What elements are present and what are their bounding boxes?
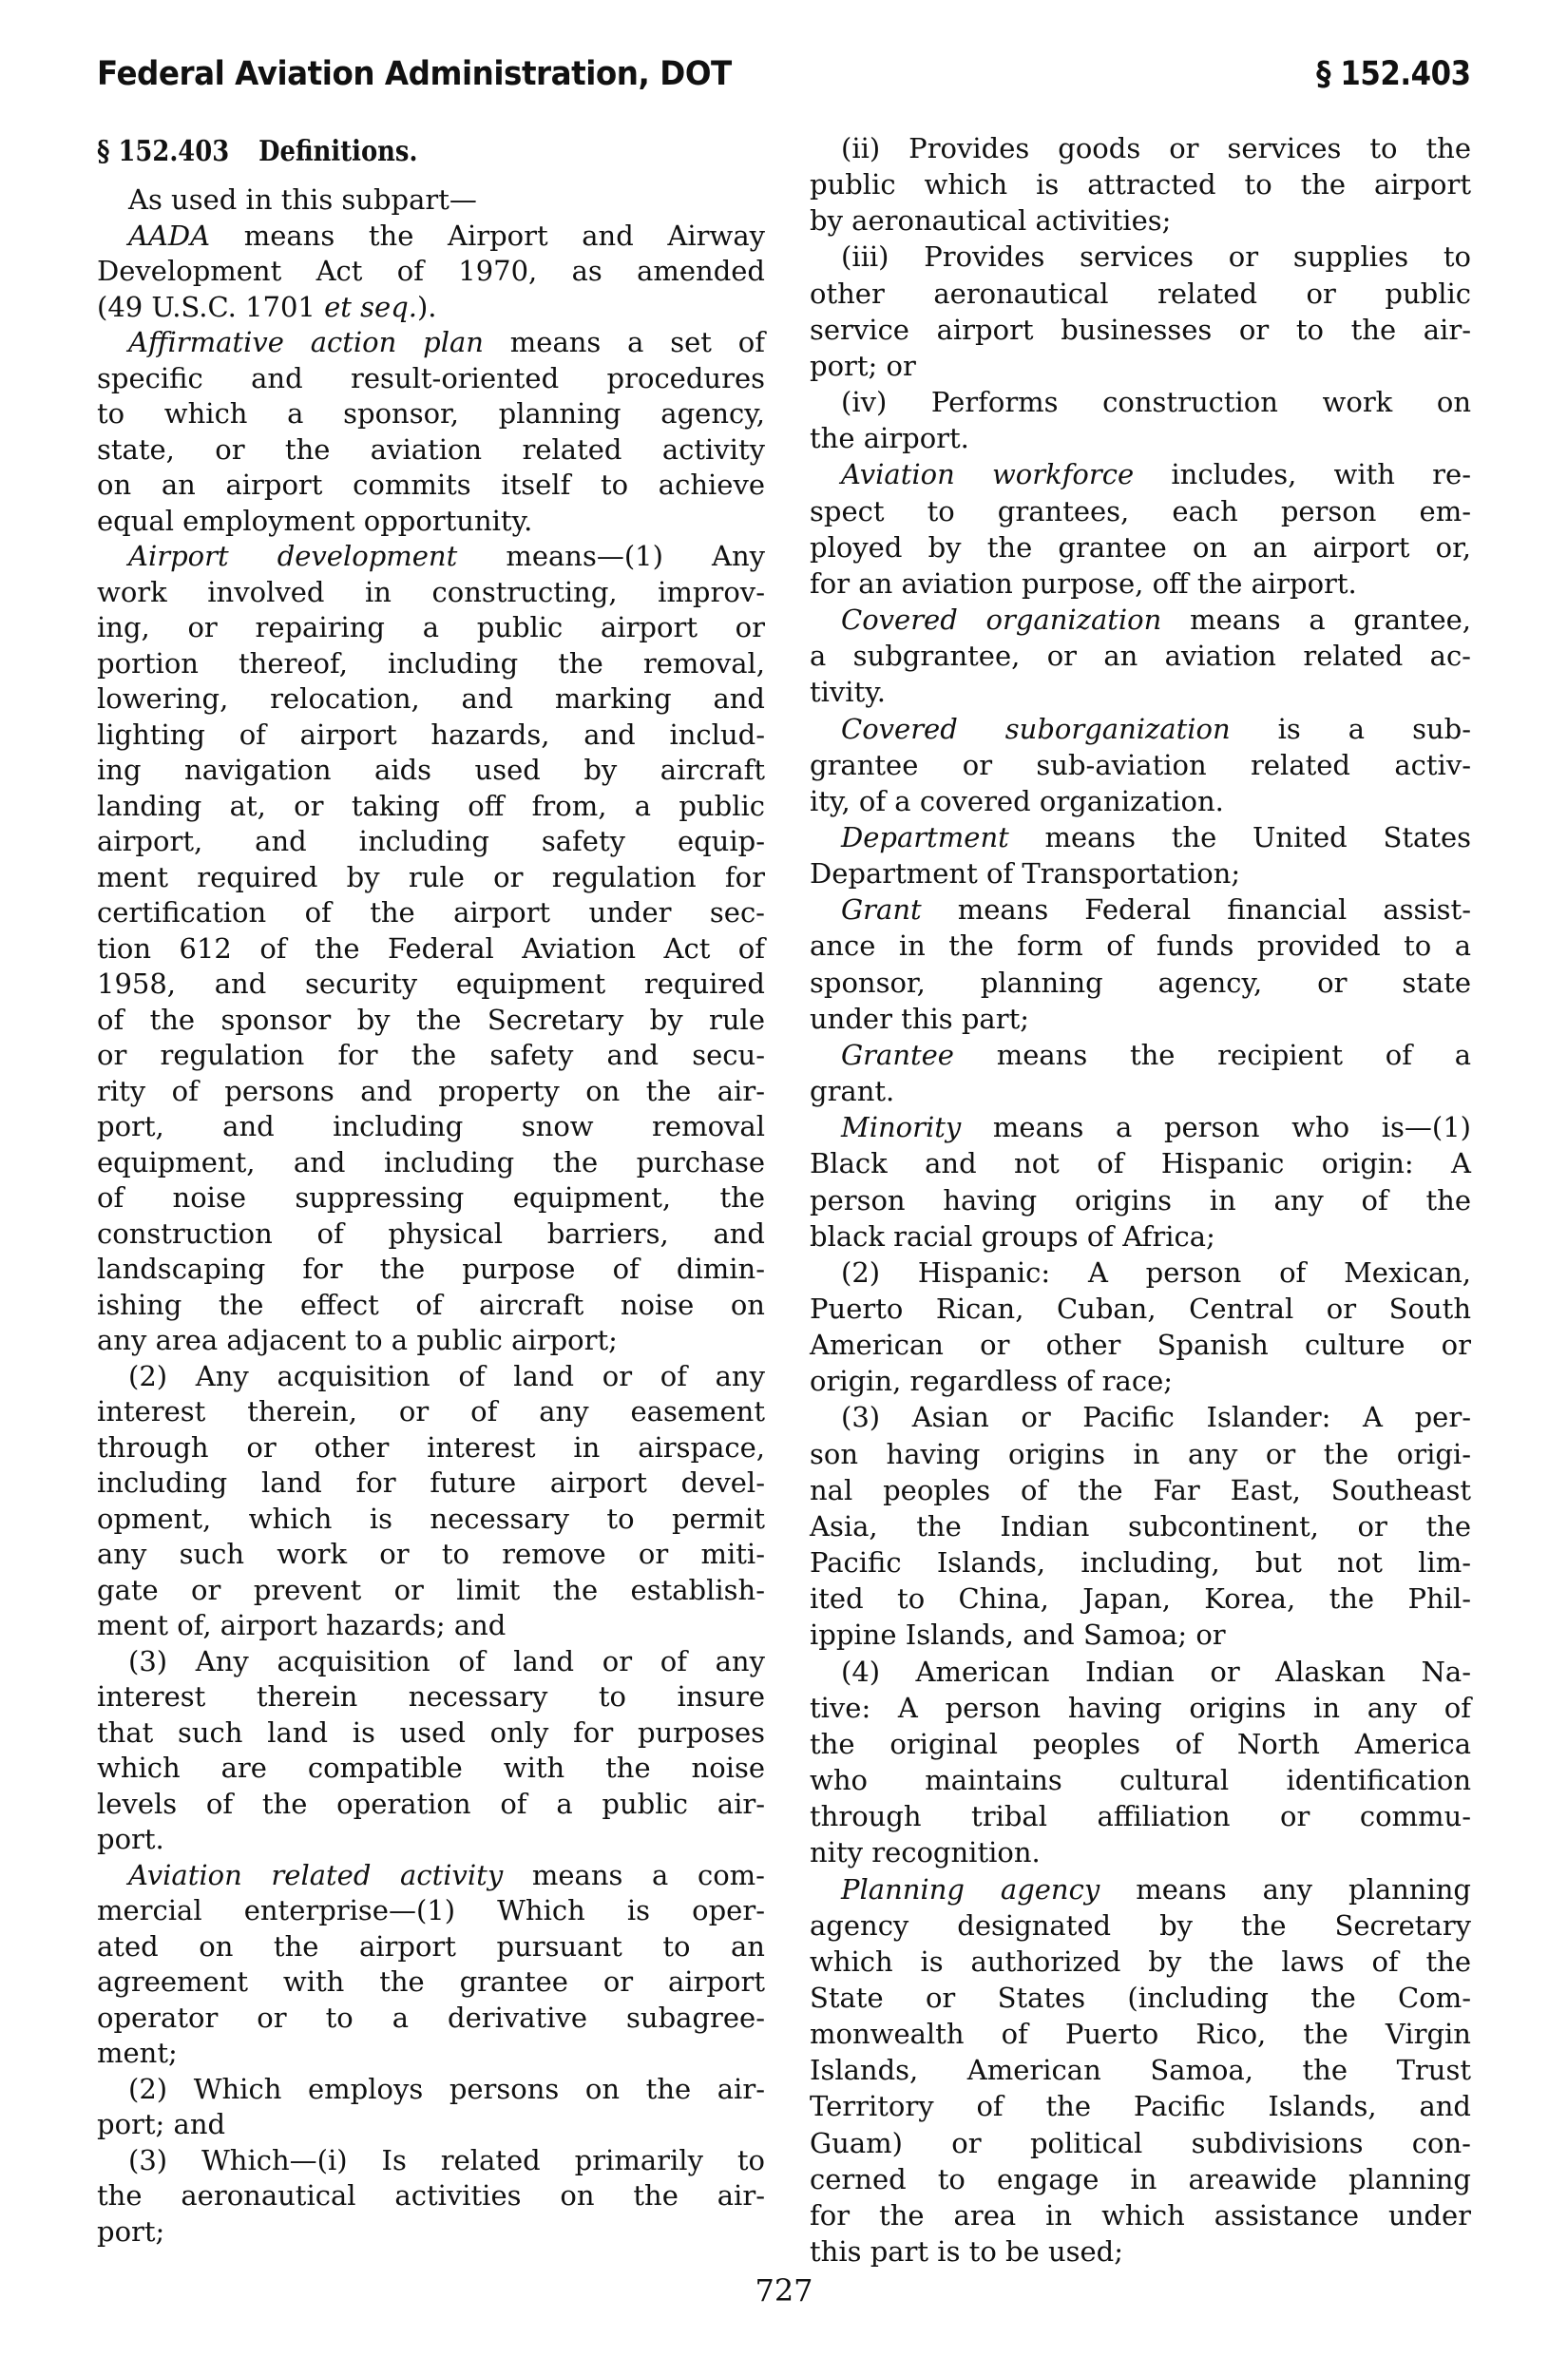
text-run: equal employment opportunity. [97, 505, 532, 537]
text-run: interest therein, or of any easement [97, 1395, 765, 1428]
text-line: levels of the operation of a public air- [97, 1787, 765, 1823]
text-line: the aeronautical activities on the air- [97, 2178, 765, 2214]
text-line: ment required by rule or regulation for [97, 860, 765, 896]
text-line: Covered suborganization is a sub- [810, 711, 1471, 747]
text-run: spect to grantees, each person em- [810, 495, 1471, 527]
text-line: Development Act of 1970, as amended [97, 254, 765, 290]
text-run: or regulation for the safety and secu- [97, 1039, 765, 1071]
text-line-content: Planning agency means any planning [841, 1871, 1471, 1907]
text-line-content: tion 612 of the Federal Aviation Act of [97, 931, 765, 968]
text-run: opment, which is necessary to permit [97, 1503, 765, 1535]
text-line-content: landscaping for the purpose of dimin- [97, 1252, 765, 1288]
text-run: mercial enterprise—(1) Which is oper- [97, 1894, 765, 1926]
text-run: nity recognition. [810, 1836, 1041, 1868]
text-line: mercial enterprise—(1) Which is oper- [97, 1893, 765, 1929]
text-line: landscaping for the purpose of dimin- [97, 1252, 765, 1288]
text-line-content: lowering, relocation, and marking and [97, 681, 765, 718]
text-line-content: nity recognition. [810, 1834, 1471, 1870]
text-run: person having origins in any of the [810, 1184, 1471, 1217]
text-line-content: Affirmative action plan means a set of [128, 325, 765, 361]
text-line-content: the original peoples of North America [810, 1726, 1471, 1762]
text-line-content: by aeronautical activities; [810, 202, 1471, 239]
text-run: Development Act of 1970, as amended [97, 255, 765, 287]
text-line-content: (iv) Performs construction work on [841, 384, 1471, 420]
text-line-content: rity of persons and property on the air- [97, 1074, 765, 1110]
text-line: the airport. [810, 420, 1471, 456]
text-line-content: (49 U.S.C. 1701 et seq.). [97, 290, 765, 326]
text-line-content: (2) Hispanic: A person of Mexican, [841, 1255, 1471, 1291]
text-line: ing navigation aids used by aircraft [97, 753, 765, 789]
text-run: (3) Which—(i) Is related primarily to [128, 2144, 765, 2176]
text-line-content: public which is attracted to the airport [810, 166, 1471, 202]
text-line: for the area in which assistance under [810, 2197, 1471, 2233]
text-line-content: ippine Islands, and Samoa; or [810, 1617, 1471, 1653]
text-line-content: AADA means the Airport and Airway [128, 219, 765, 255]
text-line-content: airport, and including safety equip- [97, 824, 765, 860]
text-line: that such land is used only for purposes [97, 1715, 765, 1752]
text-line: of the sponsor by the Secretary by rule [97, 1003, 765, 1039]
text-line-content: (2) Any acquisition of land or of any [128, 1359, 765, 1395]
text-line-content: ment of, airport hazards; and [97, 1608, 765, 1644]
text-line-content: which is authorized by the laws of the [810, 1944, 1471, 1980]
text-run: monwealth of Puerto Rico, the Virgin [810, 2018, 1471, 2050]
text-run: port; or [810, 350, 916, 382]
text-line: agreement with the grantee or airport [97, 1964, 765, 2001]
text-line-content: (3) Any acquisition of land or of any [128, 1644, 765, 1680]
text-line-content: grant. [810, 1073, 1471, 1109]
text-run: Asia, the Indian subcontinent, or the [810, 1510, 1471, 1542]
text-run: Guam) or political subdivisions con- [810, 2127, 1471, 2159]
text-line: for an aviation purpose, off the airport… [810, 565, 1471, 602]
text-line: origin, regardless of race; [810, 1363, 1471, 1399]
text-line: airport, and including safety equip- [97, 824, 765, 860]
text-run: is a sub- [1231, 713, 1471, 745]
text-line-content: (4) American Indian or Alaskan Na- [841, 1654, 1471, 1690]
text-run: ing navigation aids used by aircraft [97, 754, 765, 786]
text-line: Department of Transportation; [810, 855, 1471, 891]
text-run: which is authorized by the laws of the [810, 1945, 1471, 1978]
text-run: (2) Which employs persons on the air- [128, 2073, 765, 2105]
running-head-section: § 152.403 [1317, 53, 1471, 95]
text-line: (3) Any acquisition of land or of any [97, 1644, 765, 1680]
text-line: Guam) or political subdivisions con- [810, 2125, 1471, 2161]
text-run: ited to China, Japan, Korea, the Phil- [810, 1582, 1471, 1615]
text-line: port; or [810, 348, 1471, 384]
section-heading: § 152.403Definitions. [97, 133, 417, 171]
text-run: ance in the form of funds provided to a [810, 929, 1471, 962]
text-line: nity recognition. [810, 1834, 1471, 1870]
text-line-content: through tribal affiliation or commu- [810, 1798, 1471, 1834]
text-run: under this part; [810, 1003, 1029, 1035]
text-line-content: certification of the airport under sec- [97, 895, 765, 931]
text-line: service airport businesses or to the air… [810, 312, 1471, 348]
text-run: any area adjacent to a public airport; [97, 1324, 618, 1356]
text-line-content: Pacific Islands, including, but not lim- [810, 1544, 1471, 1581]
text-run: means—(1) Any [457, 540, 765, 572]
text-line-content: ated on the airport pursuant to an [97, 1929, 765, 1965]
text-line: Minority means a person who is—(1) [810, 1109, 1471, 1145]
text-run: (2) Hispanic: A person of Mexican, [841, 1256, 1471, 1289]
text-run: rity of persons and property on the air- [97, 1075, 765, 1107]
text-line-content: (2) Which employs persons on the air- [128, 2072, 765, 2108]
text-line: ment of, airport hazards; and [97, 1608, 765, 1644]
text-line-content: ishing the effect of aircraft noise on [97, 1288, 765, 1324]
text-line: ployed by the grantee on an airport or, [810, 529, 1471, 565]
text-line: public which is attracted to the airport [810, 166, 1471, 202]
text-run: As used in this subpart— [128, 183, 477, 216]
defined-term: Department [841, 821, 1009, 853]
text-line-content: including land for future airport devel- [97, 1466, 765, 1502]
text-line: which is authorized by the laws of the [810, 1944, 1471, 1980]
text-line: person having origins in any of the [810, 1182, 1471, 1218]
text-line-content: Puerto Rican, Cuban, Central or South [810, 1291, 1471, 1327]
text-line: any area adjacent to a public airport; [97, 1323, 765, 1359]
text-line: ited to China, Japan, Korea, the Phil- [810, 1581, 1471, 1617]
text-run: black racial groups of Africa; [810, 1220, 1215, 1253]
text-run: portion thereof, including the removal, [97, 647, 765, 680]
page-number: 727 [0, 2271, 1568, 2309]
text-line: including land for future airport devel- [97, 1466, 765, 1502]
text-line: a subgrantee, or an aviation related ac- [810, 638, 1471, 674]
text-line: Grant means Federal financial assist- [810, 891, 1471, 928]
text-run: lighting of airport hazards, and includ- [97, 719, 765, 751]
text-run: (ii) Provides goods or services to the [841, 132, 1471, 164]
text-line: port, and including snow removal [97, 1109, 765, 1145]
text-line: gate or prevent or limit the establish- [97, 1573, 765, 1609]
defined-term: Covered suborganization [841, 713, 1231, 745]
text-run: (3) Asian or Pacific Islander: A per- [841, 1401, 1471, 1433]
text-line-content: ment; [97, 2036, 765, 2072]
text-line: certification of the airport under sec- [97, 895, 765, 931]
text-run: nal peoples of the Far East, Southeast [810, 1474, 1471, 1506]
text-line: American or other Spanish culture or [810, 1327, 1471, 1363]
text-line-content: construction of physical barriers, and [97, 1217, 765, 1253]
text-line: through tribal affiliation or commu- [810, 1798, 1471, 1834]
text-line-content: Territory of the Pacific Islands, and [810, 2088, 1471, 2124]
text-line-content: black racial groups of Africa; [810, 1218, 1471, 1255]
text-line-content: for an aviation purpose, off the airport… [810, 565, 1471, 602]
text-line: equipment, and including the purchase [97, 1145, 765, 1181]
text-line-content: to which a sponsor, planning agency, [97, 396, 765, 432]
text-line-content: (iii) Provides services or supplies to [841, 239, 1471, 275]
text-run: son having origins in any or the origi- [810, 1438, 1471, 1470]
text-line: construction of physical barriers, and [97, 1217, 765, 1253]
text-run: ment; [97, 2037, 178, 2069]
text-line: port; and [97, 2107, 765, 2143]
text-line-content: port; [97, 2214, 765, 2251]
text-run: grantee or sub-aviation related activ- [810, 749, 1471, 781]
text-line: (iii) Provides services or supplies to [810, 239, 1471, 275]
text-line: monwealth of Puerto Rico, the Virgin [810, 2016, 1471, 2052]
text-line: (2) Which employs persons on the air- [97, 2072, 765, 2108]
text-line: by aeronautical activities; [810, 202, 1471, 239]
text-line: state, or the aviation related activity [97, 432, 765, 469]
text-line: agency designated by the Secretary [810, 1907, 1471, 1944]
text-run: for an aviation purpose, off the airport… [810, 567, 1357, 600]
text-line: tivity. [810, 674, 1471, 710]
text-run: means the Airport and Airway [210, 220, 765, 252]
text-line-content: 1958, and security equipment required [97, 967, 765, 1003]
text-line: any such work or to remove or miti- [97, 1537, 765, 1573]
text-line: (iv) Performs construction work on [810, 384, 1471, 420]
text-line: on an airport commits itself to achieve [97, 468, 765, 504]
text-line-content: the airport. [810, 420, 1471, 456]
text-run: means a grantee, [1161, 604, 1471, 636]
text-run: any such work or to remove or miti- [97, 1538, 765, 1570]
text-line: Affirmative action plan means a set of [97, 325, 765, 361]
text-run: operator or to a derivative subagree- [97, 2002, 765, 2034]
text-run: (3) Any acquisition of land or of any [128, 1645, 765, 1677]
text-line-content: agreement with the grantee or airport [97, 1964, 765, 2001]
text-line: ing, or repairing a public airport or [97, 610, 765, 646]
text-run: other aeronautical related or public [810, 278, 1471, 310]
text-line-content: under this part; [810, 1001, 1471, 1037]
text-run: tive: A person having origins in any of [810, 1692, 1471, 1724]
text-line-content: Department means the United States [841, 819, 1471, 855]
text-line: (2) Hispanic: A person of Mexican, [810, 1255, 1471, 1291]
text-line-content: Aviation workforce includes, with re- [841, 456, 1471, 492]
text-run: specific and result-oriented procedures [97, 362, 765, 394]
text-line-content: any such work or to remove or miti- [97, 1537, 765, 1573]
text-line-content: which are compatible with the noise [97, 1751, 765, 1787]
text-line: or regulation for the safety and secu- [97, 1038, 765, 1074]
text-line: to which a sponsor, planning agency, [97, 396, 765, 432]
text-run: tion 612 of the Federal Aviation Act of [97, 932, 765, 965]
text-line: Planning agency means any planning [810, 1871, 1471, 1907]
text-line: through or other interest in airspace, [97, 1430, 765, 1466]
text-line-content: this part is to be used; [810, 2233, 1471, 2270]
text-line-content: sponsor, planning agency, or state [810, 965, 1471, 1001]
text-run: ishing the effect of aircraft noise on [97, 1289, 765, 1321]
text-line: nal peoples of the Far East, Southeast [810, 1472, 1471, 1508]
text-run: Black and not of Hispanic origin: A [810, 1147, 1471, 1179]
text-line-content: As used in this subpart— [128, 182, 765, 219]
defined-term: Affirmative action plan [128, 326, 484, 358]
text-line-content: port, and including snow removal [97, 1109, 765, 1145]
defined-term: Aviation related activity [128, 1859, 503, 1891]
text-line-content: (ii) Provides goods or services to the [841, 130, 1471, 166]
text-line: (3) Which—(i) Is related primarily to [97, 2143, 765, 2179]
text-line-content: Aviation related activity means a com- [128, 1858, 765, 1894]
text-run: means the recipient of a [954, 1039, 1471, 1071]
text-run: public which is attracted to the airport [810, 168, 1471, 201]
text-run: including land for future airport devel- [97, 1466, 765, 1499]
text-run: (4) American Indian or Alaskan Na- [841, 1656, 1471, 1688]
text-run: port; [97, 2215, 164, 2248]
text-line-content: port. [97, 1822, 765, 1858]
text-line-content: levels of the operation of a public air- [97, 1787, 765, 1823]
text-run: State or States (including the Com- [810, 1982, 1471, 2014]
text-line: As used in this subpart— [97, 182, 765, 219]
text-line: operator or to a derivative subagree- [97, 2001, 765, 2037]
text-line: (ii) Provides goods or services to the [810, 130, 1471, 166]
text-line: portion thereof, including the removal, [97, 646, 765, 682]
text-line: other aeronautical related or public [810, 276, 1471, 312]
text-line: Black and not of Hispanic origin: A [810, 1145, 1471, 1181]
text-line-content: Asia, the Indian subcontinent, or the [810, 1508, 1471, 1544]
text-line: under this part; [810, 1001, 1471, 1037]
text-run: means a set of [484, 326, 765, 358]
text-line-content: other aeronautical related or public [810, 276, 1471, 312]
defined-term: Planning agency [841, 1873, 1100, 1906]
text-run: that such land is used only for purposes [97, 1716, 765, 1749]
text-run: of noise suppressing equipment, the [97, 1181, 765, 1214]
text-line-content: origin, regardless of race; [810, 1363, 1471, 1399]
text-run: ity, of a covered organization. [810, 785, 1224, 817]
text-run: Puerto Rican, Cuban, Central or South [810, 1293, 1471, 1325]
text-line-content: of noise suppressing equipment, the [97, 1180, 765, 1217]
text-line-content: ited to China, Japan, Korea, the Phil- [810, 1581, 1471, 1617]
text-line: of noise suppressing equipment, the [97, 1180, 765, 1217]
text-line-content: state, or the aviation related activity [97, 432, 765, 469]
text-run: grant. [810, 1075, 894, 1107]
text-line-content: State or States (including the Com- [810, 1980, 1471, 2016]
text-line-content: portion thereof, including the removal, [97, 646, 765, 682]
text-line-content: of the sponsor by the Secretary by rule [97, 1003, 765, 1039]
text-line-content: grantee or sub-aviation related activ- [810, 747, 1471, 783]
text-line: (49 U.S.C. 1701 et seq.). [97, 290, 765, 326]
text-run: levels of the operation of a public air- [97, 1788, 765, 1820]
text-run: work involved in constructing, improv- [97, 576, 765, 608]
text-run: who maintains cultural identification [810, 1764, 1471, 1796]
section-title: Definitions. [258, 135, 417, 168]
text-run: certification of the airport under sec- [97, 896, 765, 929]
text-run: through or other interest in airspace, [97, 1431, 765, 1464]
text-line: Puerto Rican, Cuban, Central or South [810, 1291, 1471, 1327]
text-run: (iv) Performs construction work on [841, 386, 1471, 418]
text-run: which are compatible with the noise [97, 1752, 765, 1784]
text-run: through tribal affiliation or commu- [810, 1800, 1471, 1832]
text-run: ment of, airport hazards; and [97, 1609, 506, 1641]
text-run: to which a sponsor, planning agency, [97, 397, 765, 430]
text-line: Islands, American Samoa, the Trust [810, 2052, 1471, 2088]
text-line-content: interest therein necessary to insure [97, 1679, 765, 1715]
text-run: (iii) Provides services or supplies to [841, 240, 1471, 273]
text-line-content: monwealth of Puerto Rico, the Virgin [810, 2016, 1471, 2052]
text-line-content: ing navigation aids used by aircraft [97, 753, 765, 789]
text-run: ated on the airport pursuant to an [97, 1930, 765, 1963]
text-line-content: lighting of airport hazards, and includ- [97, 718, 765, 754]
text-line-content: landing at, or taking off from, a public [97, 789, 765, 825]
text-line-content: Department of Transportation; [810, 855, 1471, 891]
text-line-content: specific and result-oriented procedures [97, 361, 765, 397]
text-line: opment, which is necessary to permit [97, 1502, 765, 1538]
text-line-content: ity, of a covered organization. [810, 783, 1471, 819]
text-line-content: any area adjacent to a public airport; [97, 1323, 765, 1359]
running-head-agency: Federal Aviation Administration, DOT [97, 53, 732, 95]
text-run: American or other Spanish culture or [810, 1329, 1471, 1361]
text-run: (49 U.S.C. 1701 [97, 291, 324, 323]
text-line: ated on the airport pursuant to an [97, 1929, 765, 1965]
text-run: landing at, or taking off from, a public [97, 790, 765, 822]
text-line-content: ployed by the grantee on an airport or, [810, 529, 1471, 565]
text-line-content: cerned to engage in areawide planning [810, 2161, 1471, 2197]
text-line: AADA means the Airport and Airway [97, 219, 765, 255]
text-line: spect to grantees, each person em- [810, 493, 1471, 529]
text-line: son having origins in any or the origi- [810, 1436, 1471, 1472]
text-column-right: (ii) Provides goods or services to thepu… [810, 130, 1471, 2270]
text-run: origin, regardless of race; [810, 1365, 1173, 1397]
text-run: the airport. [810, 422, 969, 454]
text-line: interest therein, or of any easement [97, 1394, 765, 1430]
text-run: means any planning [1100, 1873, 1471, 1906]
text-line-content: Guam) or political subdivisions con- [810, 2125, 1471, 2161]
text-line: State or States (including the Com- [810, 1980, 1471, 2016]
text-run: on an airport commits itself to achieve [97, 469, 765, 501]
text-line-content: that such land is used only for purposes [97, 1715, 765, 1752]
text-run: ment required by rule or regulation for [97, 861, 765, 893]
text-run: means Federal financial assist- [922, 893, 1471, 926]
text-run: gate or prevent or limit the establish- [97, 1574, 765, 1606]
text-line-content: tivity. [810, 674, 1471, 710]
text-run: port, and including snow removal [97, 1110, 765, 1142]
defined-term: Airport development [128, 540, 457, 572]
text-line-content: ing, or repairing a public airport or [97, 610, 765, 646]
text-line-content: (3) Asian or Pacific Islander: A per- [841, 1399, 1471, 1435]
text-line: port. [97, 1822, 765, 1858]
text-line-content: on an airport commits itself to achieve [97, 468, 765, 504]
text-line-content: mercial enterprise—(1) Which is oper- [97, 1893, 765, 1929]
text-line: Aviation workforce includes, with re- [810, 456, 1471, 492]
text-run: means the United States [1009, 821, 1471, 853]
text-line-content: Airport development means—(1) Any [128, 539, 765, 575]
text-line: sponsor, planning agency, or state [810, 965, 1471, 1001]
text-line-content: Grantee means the recipient of a [841, 1037, 1471, 1073]
text-run: (2) Any acquisition of land or of any [128, 1360, 765, 1392]
text-line-content: agency designated by the Secretary [810, 1907, 1471, 1944]
text-run: tivity. [810, 676, 886, 708]
text-line-content: operator or to a derivative subagree- [97, 2001, 765, 2037]
text-line-content: opment, which is necessary to permit [97, 1502, 765, 1538]
text-line: ippine Islands, and Samoa; or [810, 1617, 1471, 1653]
text-line-content: (3) Which—(i) Is related primarily to [128, 2143, 765, 2179]
text-line: (4) American Indian or Alaskan Na- [810, 1654, 1471, 1690]
text-line-content: equipment, and including the purchase [97, 1145, 765, 1181]
text-run: 1958, and security equipment required [97, 968, 765, 1000]
defined-term: et seq. [324, 291, 417, 323]
text-run: includes, with re- [1134, 458, 1471, 490]
text-line: Department means the United States [810, 819, 1471, 855]
text-run: interest therein necessary to insure [97, 1680, 765, 1713]
text-line: lowering, relocation, and marking and [97, 681, 765, 718]
text-line: grant. [810, 1073, 1471, 1109]
text-run: Department of Transportation; [810, 857, 1240, 890]
text-run: for the area in which assistance under [810, 2199, 1471, 2232]
text-line: this part is to be used; [810, 2233, 1471, 2270]
text-line-content: interest therein, or of any easement [97, 1394, 765, 1430]
text-line-content: for the area in which assistance under [810, 2197, 1471, 2233]
text-run: ). [417, 291, 437, 323]
text-run: agreement with the grantee or airport [97, 1965, 765, 1998]
text-line-content: a subgrantee, or an aviation related ac- [810, 638, 1471, 674]
text-line-content: service airport businesses or to the air… [810, 312, 1471, 348]
text-line-content: Covered suborganization is a sub- [841, 711, 1471, 747]
text-line-content: spect to grantees, each person em- [810, 493, 1471, 529]
text-line: specific and result-oriented procedures [97, 361, 765, 397]
text-line-content: port; or [810, 348, 1471, 384]
text-line: black racial groups of Africa; [810, 1218, 1471, 1255]
text-run: Islands, American Samoa, the Trust [810, 2054, 1471, 2086]
text-line-content: ment required by rule or regulation for [97, 860, 765, 896]
text-run: port. [97, 1823, 164, 1855]
text-line: Airport development means—(1) Any [97, 539, 765, 575]
text-line: Pacific Islands, including, but not lim- [810, 1544, 1471, 1581]
text-line-content: Black and not of Hispanic origin: A [810, 1145, 1471, 1181]
text-run: of the sponsor by the Secretary by rule [97, 1004, 765, 1036]
text-run: service airport businesses or to the air… [810, 314, 1471, 346]
text-run: cerned to engage in areawide planning [810, 2163, 1471, 2195]
text-run: construction of physical barriers, and [97, 1217, 765, 1250]
